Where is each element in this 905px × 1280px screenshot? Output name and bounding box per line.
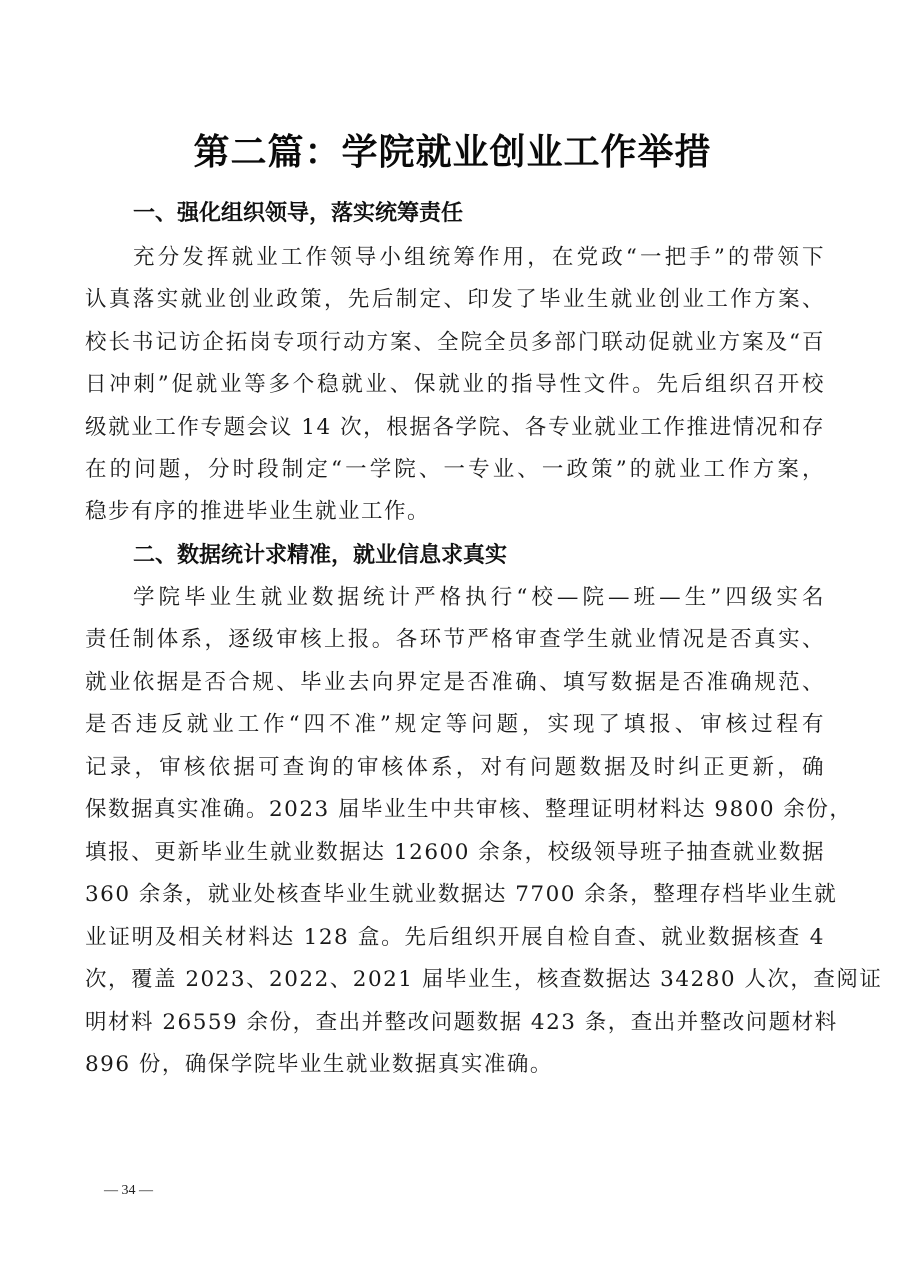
paragraph-line: 学院毕业生就业数据统计严格执行“校—院—班—生”四级实名 (133, 580, 825, 611)
paragraph-line: 责任制体系，逐级审核上报。各环节严格审查学生就业情况是否真实、 (85, 622, 825, 653)
paragraph-line: 填报、更新毕业生就业数据达 12600 余条，校级领导班子抽查就业数据 (85, 835, 825, 866)
paragraph-line: 认真落实就业创业政策，先后制定、印发了毕业生就业创业工作方案、 (85, 282, 825, 313)
paragraph-line: 记录，审核依据可查询的审核体系，对有问题数据及时纠正更新，确 (85, 750, 825, 781)
paragraph-line: 稳步有序的推进毕业生就业工作。 (85, 494, 825, 525)
section-heading-2: 二、数据统计求精准，就业信息求真实 (133, 538, 507, 569)
paragraph-line: 业证明及相关材料达 128 盒。先后组织开展自检自查、就业数据核查 4 (85, 920, 825, 951)
page-number: — 34 — (104, 1183, 153, 1199)
paragraph-line: 级就业工作专题会议 14 次，根据各学院、各专业就业工作推进情况和存 (85, 410, 825, 441)
page-title: 第二篇：学院就业创业工作举措 (0, 124, 905, 175)
paragraph-line: 明材料 26559 余份，查出并整改问题数据 423 条，查出并整改问题材料 (85, 1005, 825, 1036)
paragraph-line: 日冲刺”促就业等多个稳就业、保就业的指导性文件。先后组织召开校 (85, 367, 825, 398)
section-heading-1: 一、强化组织领导，落实统筹责任 (133, 196, 463, 227)
paragraph-line: 是否违反就业工作“四不准”规定等问题，实现了填报、审核过程有 (85, 707, 825, 738)
paragraph-line: 保数据真实准确。2023 届毕业生中共审核、整理证明材料达 9800 余份， (85, 792, 825, 823)
paragraph-line: 次，覆盖 2023、2022、2021 届毕业生，核查数据达 34280 人次，… (85, 962, 825, 993)
paragraph-line: 896 份，确保学院毕业生就业数据真实准确。 (85, 1047, 825, 1078)
paragraph-line: 校长书记访企拓岗专项行动方案、全院全员多部门联动促就业方案及“百 (85, 325, 825, 356)
paragraph-line: 在的问题，分时段制定“一学院、一专业、一政策”的就业工作方案， (85, 452, 825, 483)
paragraph-line: 充分发挥就业工作领导小组统筹作用，在党政“一把手”的带领下 (133, 240, 825, 271)
paragraph-line: 360 余条，就业处核查毕业生就业数据达 7700 余条，整理存档毕业生就 (85, 877, 825, 908)
paragraph-line: 就业依据是否合规、毕业去向界定是否准确、填写数据是否准确规范、 (85, 665, 825, 696)
